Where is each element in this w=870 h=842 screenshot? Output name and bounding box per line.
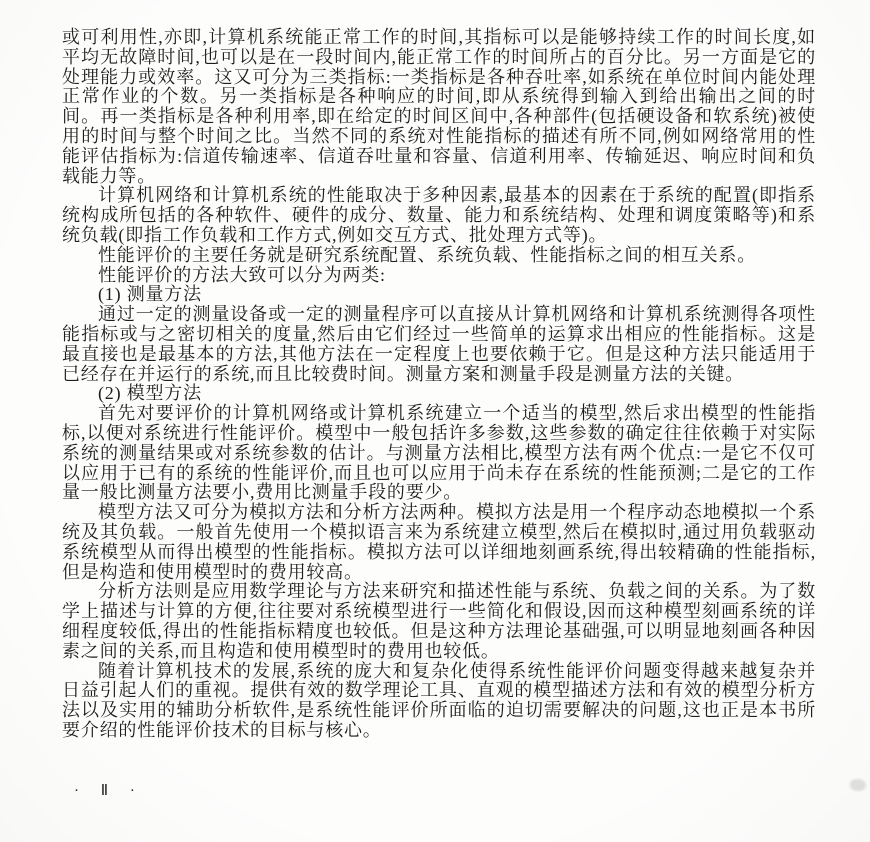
paragraph-model-method-description: 首先对要评价的计算机网络或计算机系统建立一个适当的模型,然后求出模型的性能指标,… bbox=[62, 404, 816, 503]
paragraph-analysis-method: 分析方法则是应用数学理论与方法来研究和描述性能与系统、负载之间的关系。为了数学上… bbox=[62, 582, 816, 661]
heading-model-method: (2) 模型方法 bbox=[62, 384, 816, 404]
paragraph-closing-goals: 随着计算机技术的发展,系统的庞大和复杂化使得系统性能评价问题变得越来越复杂并日益… bbox=[62, 662, 816, 741]
page-number: · Ⅱ · bbox=[74, 781, 144, 800]
paragraph-two-method-classes: 性能评价的方法大致可以分为两类: bbox=[62, 266, 816, 286]
paragraph-evaluation-main-task: 性能评价的主要任务就是研究系统配置、系统负载、性能指标之间的相互关系。 bbox=[62, 246, 816, 266]
heading-measurement-method: (1) 测量方法 bbox=[62, 285, 816, 305]
paragraph-performance-factors: 计算机网络和计算机系统的性能取决于多种因素,最基本的因素在于系统的配置(即指系统… bbox=[62, 186, 816, 245]
scanned-book-page: 或可利用性,亦即,计算机系统能正常工作的时间,其指标可以是能够持续工作的时间长度… bbox=[0, 0, 870, 842]
paragraph-availability-and-metrics: 或可利用性,亦即,计算机系统能正常工作的时间,其指标可以是能够持续工作的时间长度… bbox=[62, 28, 816, 186]
scan-artifact bbox=[850, 779, 866, 791]
page-text-block: 或可利用性,亦即,计算机系统能正常工作的时间,其指标可以是能够持续工作的时间长度… bbox=[62, 28, 816, 741]
paragraph-measurement-method-description: 通过一定的测量设备或一定的测量程序可以直接从计算机网络和计算机系统测得各项性能指… bbox=[62, 305, 816, 384]
paragraph-simulation-method: 模型方法又可分为模拟方法和分析方法两种。模拟方法是用一个程序动态地模拟一个系统及… bbox=[62, 503, 816, 582]
